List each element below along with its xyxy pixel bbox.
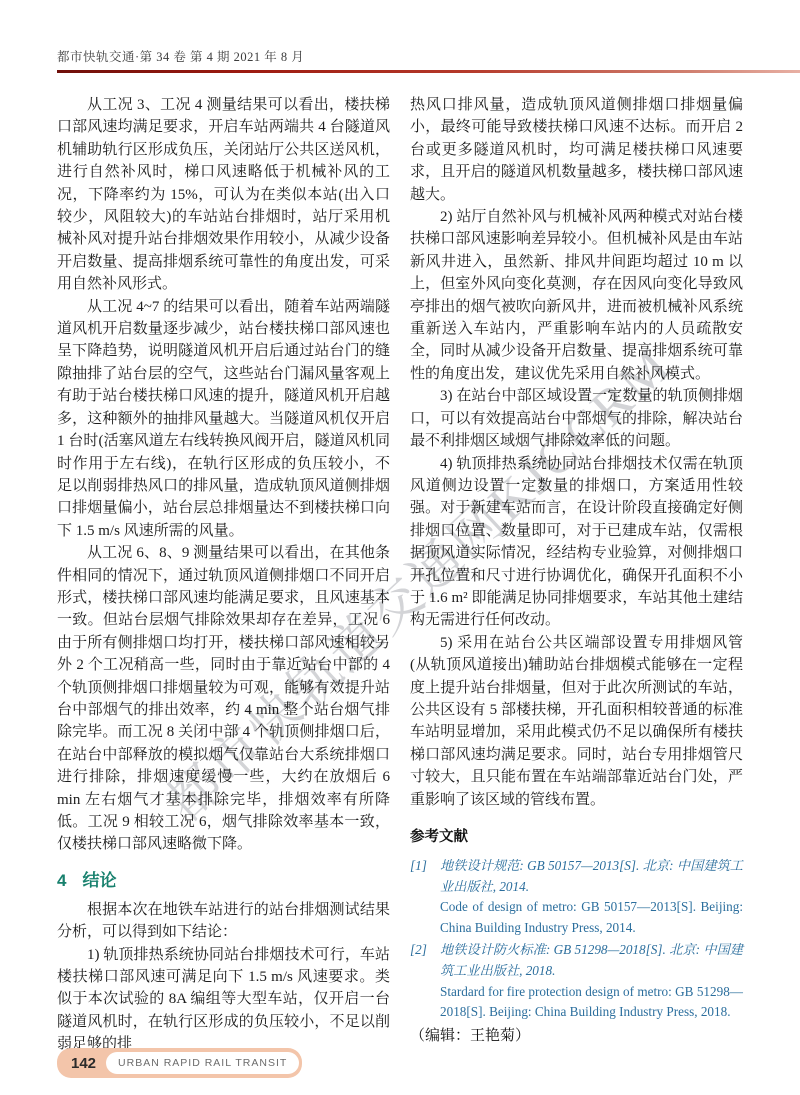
journal-name-en: URBAN RAPID RAIL TRANSIT xyxy=(118,1057,287,1069)
page-number: 142 xyxy=(57,1055,106,1072)
editor-note: （编辑：王艳菊） xyxy=(410,1025,743,1047)
running-head: 都市快轨交通·第 34 卷 第 4 期 2021 年 8 月 xyxy=(57,47,743,65)
reference-item: [2] 地铁设计防火标准: GB 51298—2018[S]. 北京: 中国建筑… xyxy=(410,940,743,1022)
right-column: 热风口排风量，造成轨顶风道侧排烟口排烟量偏小，最终可能导致楼扶梯口风速不达标。而… xyxy=(410,94,743,1056)
paragraph: 从工况 3、工况 4 测量结果可以看出，楼扶梯口部风速均满足要求，开启车站两端共… xyxy=(57,94,390,296)
reference-marker: [2] xyxy=(410,940,440,1022)
paragraph: 4) 轨顶排热系统协同站台排烟技术仅需在轨顶风道侧边设置一定数量的排烟口，方案适… xyxy=(410,453,743,632)
paragraph: 3) 在站台中部区域设置一定数量的轨顶侧排烟口，可以有效提高站台中部烟气的排除，… xyxy=(410,385,743,452)
references-heading: 参考文献 xyxy=(410,825,743,846)
reference-text-zh: 地铁设计规范: GB 50157—2013[S]. 北京: 中国建筑工业出版社,… xyxy=(440,858,743,894)
reference-marker: [1] xyxy=(410,856,440,938)
reference-text-en: Code of design of metro: GB 50157—2013[S… xyxy=(440,899,743,935)
journal-name-pill: URBAN RAPID RAIL TRANSIT xyxy=(106,1052,299,1074)
reference-body: 地铁设计防火标准: GB 51298—2018[S]. 北京: 中国建筑工业出版… xyxy=(440,940,743,1022)
section-heading-conclusion: 4 结论 xyxy=(57,866,390,891)
section-title: 结论 xyxy=(82,866,116,891)
paragraph-continuation: 热风口排风量，造成轨顶风道侧排烟口排烟量偏小，最终可能导致楼扶梯口风速不达标。而… xyxy=(410,94,743,206)
footer-page-badge: 142 URBAN RAPID RAIL TRANSIT xyxy=(57,1048,302,1078)
body-columns: 从工况 3、工况 4 测量结果可以看出，楼扶梯口部风速均满足要求，开启车站两端共… xyxy=(57,94,743,1056)
journal-page: 都市快轨交通·第 34 卷 第 4 期 2021 年 8 月 都市快轨道交通网K… xyxy=(0,0,800,1095)
reference-text-en: Stardard for fire protection design of m… xyxy=(440,984,743,1020)
paragraph: 根据本次在地铁车站进行的站台排烟测试结果分析，可以得到如下结论： xyxy=(57,899,390,944)
reference-item: [1] 地铁设计规范: GB 50157—2013[S]. 北京: 中国建筑工业… xyxy=(410,856,743,938)
reference-body: 地铁设计规范: GB 50157—2013[S]. 北京: 中国建筑工业出版社,… xyxy=(440,856,743,938)
paragraph: 1) 轨顶排热系统协同站台排烟技术可行，车站楼扶梯口部风速可满足向下 1.5 m… xyxy=(57,944,390,1056)
section-number: 4 xyxy=(57,871,66,891)
left-column: 从工况 3、工况 4 测量结果可以看出，楼扶梯口部风速均满足要求，开启车站两端共… xyxy=(57,94,390,1056)
paragraph: 从工况 6、8、9 测量结果可以看出，在其他条件相同的情况下，通过轨顶风道侧排烟… xyxy=(57,542,390,856)
paragraph: 2) 站厅自然补风与机械补风两种模式对站台楼扶梯口部风速影响差异较小。但机械补风… xyxy=(410,206,743,385)
paragraph: 从工况 4~7 的结果可以看出，随着车站两端隧道风机开启数量逐步减少，站台楼扶梯… xyxy=(57,296,390,542)
paragraph: 5) 采用在站台公共区端部设置专用排烟风管(从轨顶风道接出)辅助站台排烟模式能够… xyxy=(410,632,743,811)
reference-text-zh: 地铁设计防火标准: GB 51298—2018[S]. 北京: 中国建筑工业出版… xyxy=(440,942,743,978)
header-rule-divider xyxy=(57,70,800,73)
